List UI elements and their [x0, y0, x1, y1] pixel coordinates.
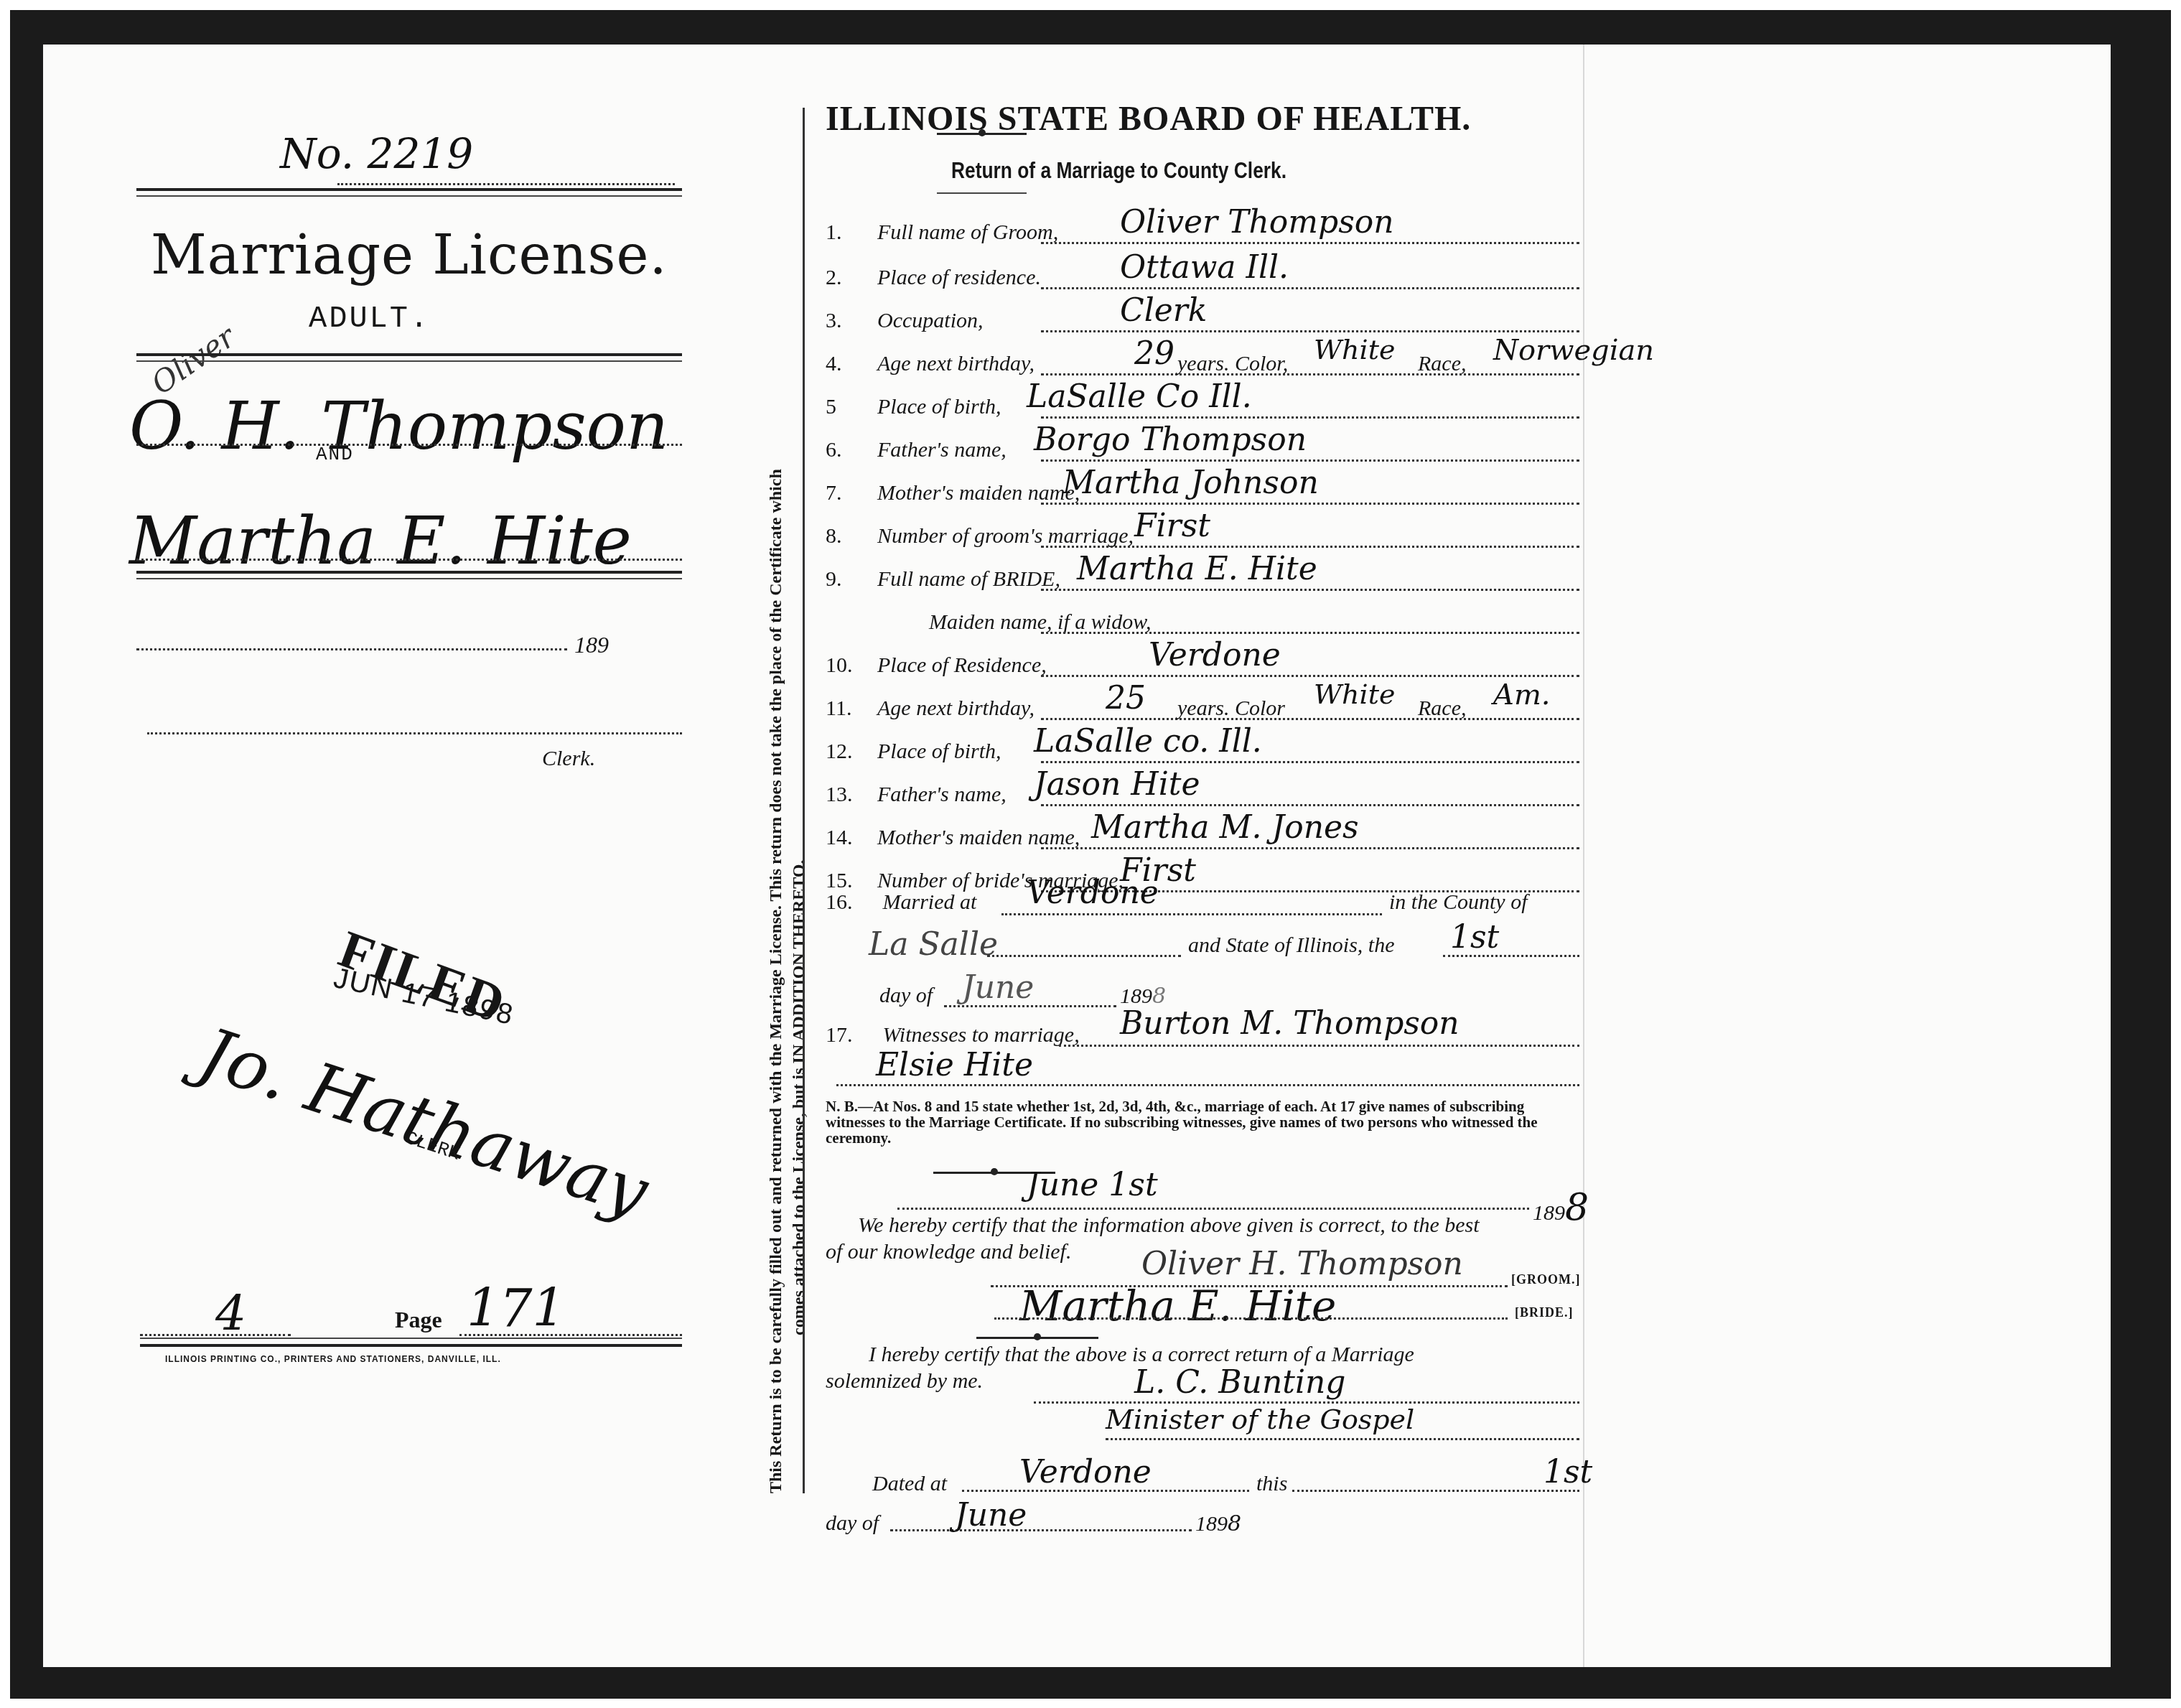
dotted-line: [1059, 1045, 1579, 1047]
page-label: Page: [395, 1307, 442, 1333]
rule: [136, 353, 682, 356]
married-day: 1st: [1450, 919, 1499, 956]
license-groom-name: O. H. Thompson: [129, 388, 668, 465]
return-title: Return of a Marriage to County Clerk.: [951, 158, 1286, 184]
form-row: 12.Place of birth,: [826, 739, 1001, 764]
form-row: 3.Occupation,: [826, 309, 983, 333]
form-row: 14.Mother's maiden name,: [826, 826, 1080, 850]
certify-statement: We hereby certify that the information a…: [858, 1213, 1480, 1238]
instruction-line-2: comes attached to the License, but is IN…: [788, 469, 811, 1493]
dotted-line: [1041, 330, 1579, 332]
form-row: 7.Mother's maiden name,: [826, 481, 1080, 505]
form-row: 8.Number of groom's marriage,: [826, 524, 1134, 549]
rule: [937, 192, 1027, 194]
row-number: 8.: [826, 524, 877, 549]
ornament-divider: [976, 1337, 1098, 1339]
color-value: White: [1314, 334, 1395, 365]
row-number: 15.: [826, 869, 877, 893]
certificate-date: June 1st: [1027, 1167, 1158, 1203]
row-label: Occupation,: [877, 309, 983, 332]
dotted-line: [987, 955, 1181, 957]
years-color-label: years. Color: [1177, 696, 1285, 721]
minister-certify: I hereby certify that the above is a cor…: [869, 1343, 1414, 1367]
row-label: Father's name,: [877, 438, 1007, 462]
row-value: Verdone: [1149, 637, 1281, 673]
page-number: 171: [467, 1278, 565, 1338]
married-month: June: [962, 969, 1034, 1006]
dotted-line: [1041, 503, 1579, 505]
certificate-year: 1898: [1533, 1186, 1589, 1229]
race-value: Norwegian: [1493, 334, 1654, 367]
dotted-line: [1041, 373, 1579, 375]
date-dotted-line: [136, 648, 567, 650]
dotted-line: [1041, 632, 1579, 634]
rule: [136, 571, 682, 574]
row-label: Place of birth,: [877, 739, 1001, 763]
row-label: Number of groom's marriage,: [877, 524, 1134, 548]
rule: [136, 360, 682, 362]
year-suffix: 8: [1228, 1511, 1241, 1536]
dated-day-of-label: day of: [826, 1511, 879, 1536]
married-county: La Salle: [869, 926, 998, 963]
rule: [136, 188, 682, 191]
license-subtitle: ADULT.: [309, 302, 430, 336]
bride-bracket: [BRIDE.]: [1515, 1305, 1574, 1320]
year-suffix: 8: [1565, 1186, 1589, 1229]
dotted-line: [1106, 1438, 1579, 1440]
day-of-label: day of: [879, 984, 933, 1008]
form-row: 1.Full name of Groom,: [826, 220, 1058, 245]
dotted-line: [1041, 847, 1579, 849]
row-number: 3.: [826, 309, 877, 333]
dotted-line: [1041, 761, 1579, 763]
witnesses-row: 17. Witnesses to marriage,: [826, 1023, 1080, 1047]
row-label: Place of birth,: [877, 395, 1001, 419]
dotted-line: [1041, 287, 1579, 289]
row-number: 7.: [826, 481, 877, 505]
and-separator: AND: [316, 444, 354, 465]
form-row: 13.Father's name,: [826, 783, 1007, 807]
row-number: 11.: [826, 696, 877, 721]
row-value: 25: [1106, 680, 1146, 717]
groom-bracket: [GROOM.]: [1511, 1272, 1580, 1287]
dated-place: Verdone: [1019, 1454, 1152, 1490]
row-value: Martha Johnson: [1063, 465, 1319, 501]
married-at-label: Married at: [883, 890, 977, 914]
state-label: and State of Illinois, the: [1188, 933, 1394, 958]
row-label: Full name of BRIDE,: [877, 567, 1060, 591]
county-label: in the County of: [1389, 890, 1527, 915]
row-label: Maiden name, if a widow,: [929, 610, 1151, 634]
row-value: Clerk: [1120, 292, 1207, 329]
page-dotted-line: [459, 1334, 682, 1336]
form-row: 2.Place of residence.: [826, 266, 1041, 290]
row-number: 12.: [826, 739, 877, 764]
row-value: LaSalle Co Ill.: [1027, 378, 1252, 415]
minister-certify-2: solemnized by me.: [826, 1369, 983, 1394]
form-row: Maiden name, if a widow,: [826, 610, 1151, 635]
certify-statement-2: of our knowledge and belief.: [826, 1240, 1071, 1264]
race-value: Am.: [1493, 678, 1551, 711]
dotted-line: [994, 1317, 1508, 1320]
year-prefix: 189: [1195, 1512, 1228, 1536]
nb-note: N. B.—At Nos. 8 and 15 state whether 1st…: [826, 1098, 1551, 1146]
instruction-line-1: This Return is to be carefully filled ou…: [765, 469, 788, 1493]
row-value: Martha M. Jones: [1091, 809, 1359, 846]
printer-imprint: ILLINOIS PRINTING CO., PRINTERS AND STAT…: [165, 1354, 501, 1364]
license-number-label: No.: [280, 129, 354, 178]
form-row: 10.Place of Residence,: [826, 653, 1047, 678]
row-label: Place of Residence,: [877, 653, 1047, 677]
form-left-border: [803, 108, 805, 1493]
row-label: Age next birthday,: [877, 696, 1035, 720]
race-label: Race,: [1418, 352, 1466, 376]
witness-1: Burton M. Thompson: [1120, 1005, 1460, 1042]
clerk-label: Clerk.: [542, 747, 595, 771]
row-number: 17.: [826, 1023, 877, 1047]
board-heading: ILLINOIS STATE BOARD OF HEALTH.: [826, 99, 1471, 139]
license-title: Marriage License.: [151, 223, 668, 286]
dotted-line: [890, 1529, 1192, 1531]
row-value: Borgo Thompson: [1034, 421, 1307, 458]
dotted-line: [962, 1490, 1249, 1492]
row-label: Full name of Groom,: [877, 220, 1058, 244]
license-number-value: 2219: [368, 129, 474, 178]
row-number: 4.: [826, 352, 877, 376]
minister-signature: L. C. Bunting: [1134, 1364, 1346, 1401]
dotted-line: [1041, 459, 1579, 462]
ornament-divider: [937, 133, 1027, 135]
dotted-line: [897, 1208, 1529, 1210]
row-value: LaSalle co. Ill.: [1034, 723, 1262, 760]
row-value: 29: [1134, 335, 1174, 372]
row-number: 14.: [826, 826, 877, 850]
dotted-line: [1041, 546, 1579, 548]
rule: [140, 1338, 682, 1339]
witness-2: Elsie Hite: [876, 1047, 1033, 1083]
row-label: Age next birthday,: [877, 352, 1035, 375]
row-number: 16.: [826, 890, 877, 915]
this-label: this: [1256, 1472, 1287, 1496]
license-number: No. 2219: [280, 129, 473, 178]
rule: [136, 195, 682, 197]
groom-signature: Oliver H. Thompson: [1141, 1246, 1463, 1282]
row-number: 5: [826, 395, 877, 419]
row-number: 13.: [826, 783, 877, 807]
witnesses-label: Witnesses to marriage,: [883, 1023, 1080, 1047]
rule: [136, 578, 682, 579]
row-number: 10.: [826, 653, 877, 678]
row-label: Mother's maiden name,: [877, 826, 1080, 849]
dotted-line: [1041, 589, 1579, 591]
form-row: 5Place of birth,: [826, 395, 1001, 419]
dotted-line: [1001, 913, 1382, 915]
form-row: 6.Father's name,: [826, 438, 1007, 462]
number-dotted-line: [337, 183, 675, 185]
row-value: Ottawa Ill.: [1120, 249, 1289, 286]
groom-dotted-line: [136, 444, 682, 446]
bride-dotted-line: [136, 559, 682, 561]
minister-title: Minister of the Gospel: [1106, 1404, 1414, 1435]
dotted-line: [1041, 718, 1579, 720]
clerk-dotted-line: [147, 732, 682, 734]
row-value: First: [1134, 508, 1210, 544]
row-value: Martha E. Hite: [1077, 551, 1317, 587]
rule: [140, 1344, 682, 1347]
color-value: White: [1314, 678, 1395, 710]
row-number: 2.: [826, 266, 877, 290]
married-row: 16. Married at: [826, 890, 976, 915]
row-label: Mother's maiden name,: [877, 481, 1080, 505]
row-number: 9.: [826, 567, 877, 592]
dated-year: 1898: [1195, 1511, 1241, 1536]
book-dotted-line: [140, 1334, 291, 1336]
race-label: Race,: [1418, 696, 1466, 721]
dotted-line: [836, 1084, 1579, 1086]
row-number: 6.: [826, 438, 877, 462]
row-number: 1.: [826, 220, 877, 245]
row-value: Oliver Thompson: [1120, 204, 1394, 241]
dated-day: 1st: [1543, 1454, 1592, 1490]
dotted-line: [1292, 1490, 1579, 1492]
years-color-label: years. Color,: [1177, 352, 1288, 376]
dated-at-label: Dated at: [872, 1472, 947, 1496]
dotted-line: [1041, 675, 1579, 677]
form-row: 4.Age next birthday,: [826, 352, 1035, 376]
bride-signature: Martha E. Hite: [1019, 1282, 1336, 1330]
license-year-prefix: 189: [574, 632, 609, 658]
dotted-line: [1041, 804, 1579, 806]
row-label: Father's name,: [877, 783, 1007, 806]
row-label: Place of residence.: [877, 266, 1041, 289]
form-row: 11.Age next birthday,: [826, 696, 1035, 721]
dotted-line: [1041, 416, 1579, 419]
married-place: Verdone: [1027, 874, 1159, 911]
dated-month: June: [955, 1497, 1027, 1534]
page-fold-line: [1583, 45, 1584, 1667]
license-bride-name: Martha E. Hite: [129, 503, 632, 579]
dotted-line: [1041, 242, 1579, 244]
row-value: Jason Hite: [1034, 766, 1200, 803]
form-row: 9.Full name of BRIDE,: [826, 567, 1060, 592]
year-prefix: 189: [1533, 1201, 1565, 1225]
